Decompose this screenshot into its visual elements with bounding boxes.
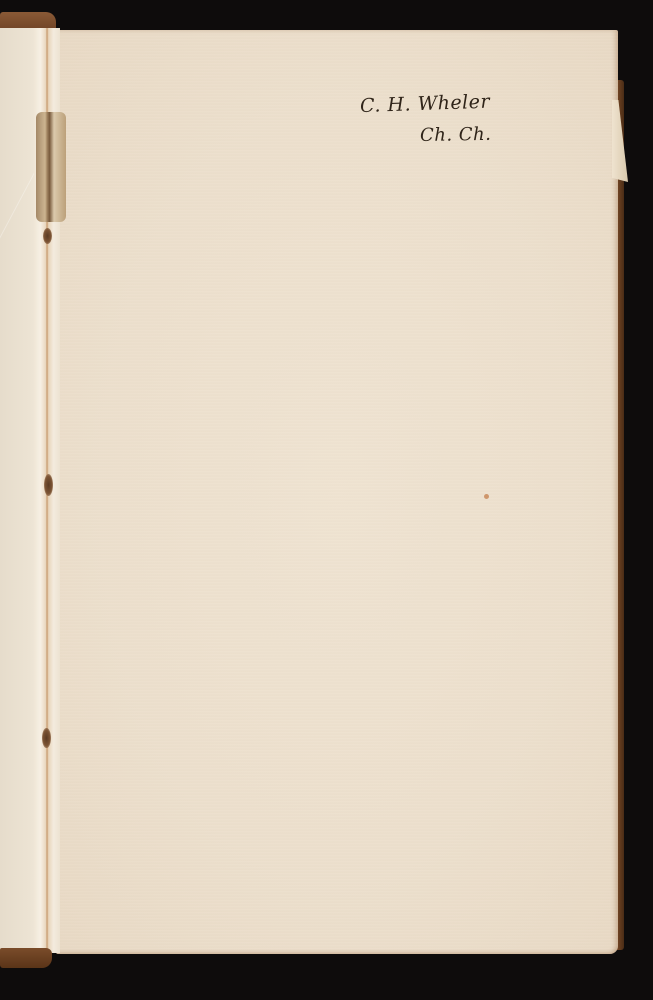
foxing-spot xyxy=(484,494,489,499)
book-photograph: C. H. Wheler Ch. Ch. xyxy=(0,0,653,1000)
flyleaf-page xyxy=(56,30,618,954)
gutter-stain xyxy=(42,728,51,748)
gutter-tear-damage xyxy=(36,112,66,222)
gutter-stain xyxy=(44,474,53,496)
inscription-name: C. H. Wheler xyxy=(360,89,541,117)
gutter-stain xyxy=(43,228,52,244)
leather-binding-fragment-bottom xyxy=(0,948,52,968)
inscription-college: Ch. Ch. xyxy=(420,123,540,146)
handwritten-inscription: C. H. Wheler Ch. Ch. xyxy=(360,92,540,145)
